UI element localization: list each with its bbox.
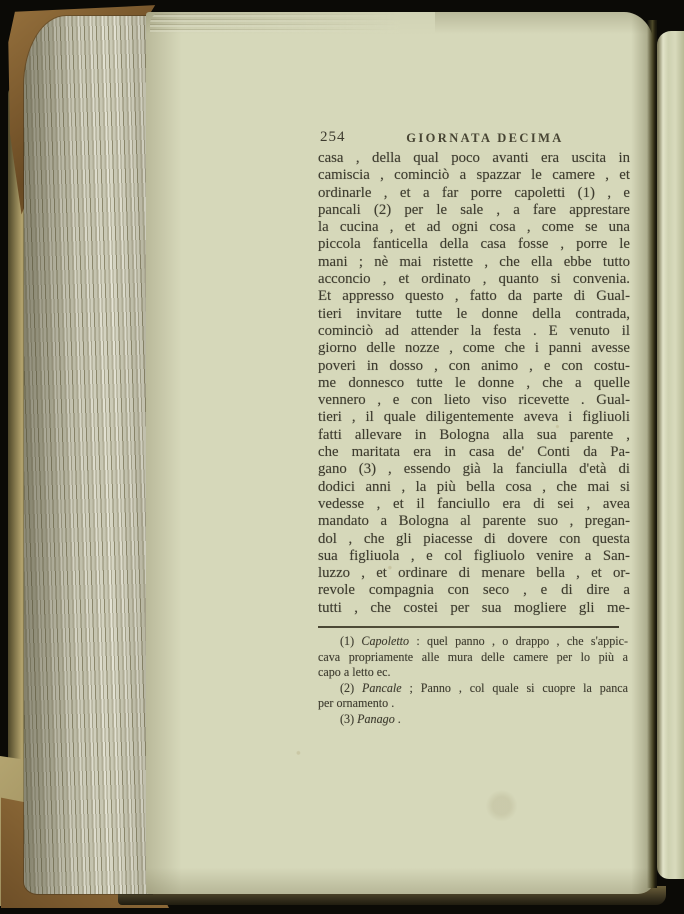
body-text-line: luzzo , et ordinare di menare bella , et… xyxy=(318,565,630,582)
footnote-term: Capoletto xyxy=(361,634,409,648)
body-text: casa , della qual poco avanti era uscita… xyxy=(318,150,630,617)
body-text-line: camiscia , cominciò a spazzar le camere … xyxy=(318,167,630,184)
body-text-line: poveri in dosso , con animo , e con cost… xyxy=(318,358,630,375)
body-text-line: vedesse , et il fanciullo era di sei , a… xyxy=(318,496,630,513)
footnote-term: Pancale xyxy=(362,681,402,695)
body-text-line: giorno delle nozze , come che i panni av… xyxy=(318,340,630,357)
body-text-line: tieri , il quale diligentemente aveva i … xyxy=(318,409,630,426)
footnote-line: (1) Capoletto : quel panno , o drappo , … xyxy=(318,634,628,650)
footnote-line: (2) Pancale ; Panno , col quale si cuopr… xyxy=(318,681,628,697)
footnote-text: per ornamento . xyxy=(318,696,394,710)
footnote-text: . xyxy=(395,712,401,726)
body-text-line: pancali (2) per le sale , a fare apprest… xyxy=(318,202,630,219)
body-text-line: mandato a Bologna al parente suo , prega… xyxy=(318,513,630,530)
body-text-line: sua figliuola , e col figliuolo venire a… xyxy=(318,548,630,565)
body-text-line: gano (3) , essendo già la fanciulla d'et… xyxy=(318,461,630,478)
footnote-text: (1) xyxy=(340,634,361,648)
footnote-term: Panago xyxy=(357,712,395,726)
running-header: GIORNATA DECIMA xyxy=(406,131,563,146)
body-text-line: la cucina , et ad ogni cosa , come se un… xyxy=(318,219,630,236)
footnote-line: capo a letto ec. xyxy=(318,665,628,681)
footnote-text: : quel panno , o drappo , che s'appic- xyxy=(409,634,628,648)
body-text-line: tutti , che costei per sua mogliere gli … xyxy=(318,600,630,617)
gutter-shadow xyxy=(647,20,657,888)
book-page: 254 GIORNATA DECIMA casa , della qual po… xyxy=(146,12,654,894)
body-text-line: Et appresso questo , fatto da parte di G… xyxy=(318,288,630,305)
body-text-line: fatti allevare in Bologna alla sua paren… xyxy=(318,427,630,444)
body-text-line: casa , della qual poco avanti era uscita… xyxy=(318,150,630,167)
running-header-row: 254 GIORNATA DECIMA xyxy=(318,129,630,148)
body-text-line: piccola fanticella della casa fosse , po… xyxy=(318,236,630,253)
body-text-line: dol , che gli piacesse di dovere con que… xyxy=(318,531,630,548)
body-text-line: me donnesco tutte le donne , che a quell… xyxy=(318,375,630,392)
body-text-line: che maritata era in casa de' Conti da Pa… xyxy=(318,444,630,461)
footnote-line: (3) Panago . xyxy=(318,712,628,728)
body-text-line: tieri invitare tutte le donne della cont… xyxy=(318,306,630,323)
footnote-line: cava propriamente alle mura delle camere… xyxy=(318,650,628,666)
body-text-line: vennero , e con lieto viso ricevette . G… xyxy=(318,392,630,409)
page-number: 254 xyxy=(320,129,346,146)
body-text-line: revole compagnia con seco , e di dire a xyxy=(318,582,630,599)
footnote-separator xyxy=(318,626,619,628)
scanned-book-photo: 254 GIORNATA DECIMA casa , della qual po… xyxy=(0,0,684,914)
body-text-line: ordinarle , et a far porre capoletti (1)… xyxy=(318,185,630,202)
footnotes: (1) Capoletto : quel panno , o drappo , … xyxy=(318,634,628,727)
footnote-text: (2) xyxy=(340,681,362,695)
facing-page-edge xyxy=(657,31,684,879)
footnote-text: cava propriamente alle mura delle camere… xyxy=(318,650,628,664)
body-text-line: mani ; nè mai ristette , che ella ebbe t… xyxy=(318,254,630,271)
footnote-text: capo a letto ec. xyxy=(318,665,391,679)
footnote-text: (3) xyxy=(340,712,357,726)
body-text-line: cominciò ad attender la festa . E venuto… xyxy=(318,323,630,340)
body-text-line: acconcio , et ordinato , quanto si conve… xyxy=(318,271,630,288)
page-edges-top xyxy=(150,12,435,33)
page-edges-stack xyxy=(24,16,152,894)
footnote-line: per ornamento . xyxy=(318,696,628,712)
footnote-text: ; Panno , col quale si cuopre la panca xyxy=(402,681,628,695)
body-text-line: dodici anni , la più bella cosa , che ma… xyxy=(318,479,630,496)
